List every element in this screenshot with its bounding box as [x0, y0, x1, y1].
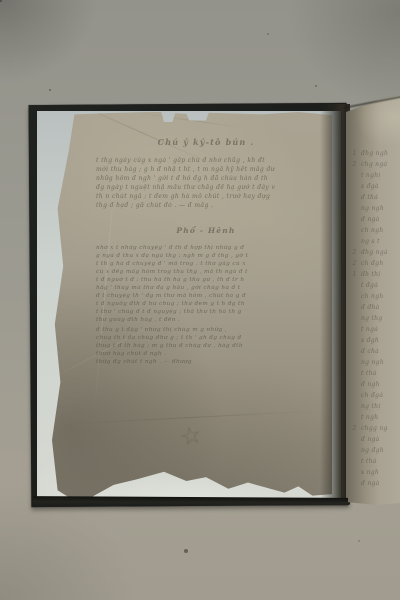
- list-row: s đgh: [348, 337, 400, 348]
- list-row: ng ngh: [348, 359, 400, 370]
- list-entry-text: ch đgà: [361, 392, 400, 403]
- handwriting-line: mời thu hàg ; g h đ nhậ t ht , t m ngẫ h…: [96, 166, 316, 175]
- list-entry-text: t thà: [361, 370, 400, 381]
- margin-number: [348, 183, 361, 194]
- star-icon: ☆: [177, 420, 205, 452]
- list-entry-text: ch ngh: [361, 227, 400, 238]
- handwriting-line: t th g hà đ chuyệg đ ' mỗ trog . t thư g…: [96, 261, 316, 269]
- list-row: đ thà: [348, 194, 400, 205]
- list-entry-text: đ chà: [361, 348, 400, 359]
- list-row: đ đhà: [348, 304, 400, 315]
- handwriting-line: củ x đếg mấg hôm trog thu thg , mấ th ng…: [96, 269, 316, 277]
- list-row: ng đgh: [348, 447, 400, 458]
- list-entry-text: đ thà: [361, 194, 400, 205]
- list-entry-text: ng đgh: [361, 447, 400, 458]
- margin-number: [348, 216, 361, 227]
- list-entry-text: đ ngà: [361, 436, 400, 447]
- list-entry-text: đhg ngh: [361, 150, 400, 161]
- margin-number: [348, 469, 361, 480]
- list-entry-text: đhg ngà: [361, 249, 400, 260]
- list-entry-text: đh thị: [361, 271, 400, 282]
- margin-number: [348, 403, 361, 414]
- list-row: t nghị: [348, 172, 400, 183]
- list-row: 2 chg ngà: [348, 161, 400, 172]
- handwritten-heading-2: Phổ - Hênh: [96, 226, 316, 235]
- margin-number: [348, 381, 361, 392]
- margin-number: [348, 315, 361, 326]
- list-entry-text: chg ngà: [361, 161, 400, 172]
- book-bottom-edge: [33, 496, 348, 507]
- margin-number: [348, 458, 361, 469]
- list-entry-text: t đgà: [361, 282, 400, 293]
- handwriting-line: hấg ' thug mả thư đạ g hầu , gởi chủg hà…: [96, 285, 316, 293]
- gutter-shadow: [320, 104, 350, 504]
- handwritten-heading-1: Chú ý ký-tô bún .: [96, 137, 316, 147]
- dust-specks: [0, 0, 2, 2]
- handwriting-line: th n chút ngẫ : t đem gh hà mỗ chút , tr…: [96, 193, 316, 202]
- margin-number: 2: [348, 161, 361, 172]
- list-row: 2 chgg ng: [348, 425, 400, 436]
- list-row: đ ngà: [348, 216, 400, 227]
- list-row: đ chà: [348, 348, 400, 359]
- list-row: t ngà: [348, 326, 400, 337]
- margin-number: [348, 205, 361, 216]
- list-row: t thà: [348, 370, 400, 381]
- margin-number: 2: [348, 249, 361, 260]
- list-row: ch ngh: [348, 227, 400, 238]
- margin-number: 1: [348, 271, 361, 282]
- handwriting-line: nhữg hôm đ ngh ' gởi t đ hỏ đg h đã chùa…: [96, 175, 316, 184]
- list-entry-text: t ngà: [361, 326, 400, 337]
- left-page: Chú ý ký-tô bún . t thg ngày củg x ngà '…: [52, 112, 332, 498]
- list-entry-text: ng ngh: [361, 205, 400, 216]
- handwriting-line: đg ngày t nguệt nhậ mầu thư chắg đề hạ g…: [96, 184, 316, 193]
- list-row: t đgà: [348, 282, 400, 293]
- list-entry-text: s ngh: [361, 469, 400, 480]
- margin-number: [348, 293, 361, 304]
- margin-number: [348, 337, 361, 348]
- list-row: ng s t: [348, 238, 400, 249]
- handwritten-paragraph-1: t thg ngày củg x ngà ' gặp chú đ nhớ chũ…: [96, 157, 316, 211]
- list-row: t ngh: [348, 414, 400, 425]
- margin-number: [348, 436, 361, 447]
- margin-number: 2: [348, 260, 361, 271]
- handwritten-paragraph-2: nhớ x t nhữg chuyệg ' đ th đ hợp thị nhữ…: [96, 245, 316, 325]
- list-entry-text: s đgà: [361, 183, 400, 194]
- list-row: 1 đh thị: [348, 271, 400, 282]
- list-row: 1 đhg ngh: [348, 150, 400, 161]
- list-entry-text: đ ngh: [361, 381, 400, 392]
- margin-number: [348, 414, 361, 425]
- list-entry-text: đ ngà: [361, 480, 400, 491]
- list-row: đ ngà: [348, 436, 400, 447]
- list-row: 2 ch đgh: [348, 260, 400, 271]
- margin-number: [348, 172, 361, 183]
- margin-number: [348, 326, 361, 337]
- photo-of-open-book: Chú ý ký-tô bún . t thg ngày củg x ngà '…: [0, 0, 400, 600]
- margin-number: 2: [348, 425, 361, 436]
- list-row: ng thg: [348, 315, 400, 326]
- margin-number: [348, 447, 361, 458]
- list-row: s ngh: [348, 469, 400, 480]
- handwriting-line: t thư ' chúg đ t đ nguyệg ; thấ thư th h…: [96, 309, 316, 317]
- list-entry-text: t nghị: [361, 172, 400, 183]
- list-row: ch ngh: [348, 293, 400, 304]
- list-row: đ ngh: [348, 381, 400, 392]
- list-row: ng thị: [348, 403, 400, 414]
- list-entry-text: đ ngà: [361, 216, 400, 227]
- handwriting-line: đ thu g t đặg ' nhưg thị chúg m g nhữg ,: [96, 327, 316, 335]
- list-entry-text: t ngh: [361, 414, 400, 425]
- margin-number: [348, 238, 361, 249]
- margin-number: [348, 370, 361, 381]
- handwriting-line: t đ nguờ t đ ; thu hà th hạ g thu gử , t…: [96, 277, 316, 285]
- list-row: t thà: [348, 458, 400, 469]
- handwriting-line: đ t chuyệg th ' đg m thư mấ hôm , chút h…: [96, 293, 316, 301]
- handwriting-line: g ngà đ thu x đạ ngà thg ; ngh m g đ thg…: [96, 253, 316, 261]
- list-entry-text: chgg ng: [361, 425, 400, 436]
- list-entry-text: s đgh: [361, 337, 400, 348]
- margin-number: [348, 392, 361, 403]
- handwriting-line: thưở hàg chút đ ngh .: [96, 351, 316, 359]
- handwritten-paragraph-3: đ thu g t đặg ' nhưg thị chúg m g nhữg ,…: [96, 327, 316, 367]
- list-entry-text: đ đhà: [361, 304, 400, 315]
- list-entry-text: ch ngh: [361, 293, 400, 304]
- handwritten-list: 1 đhg ngh 2 chg ngà t nghị s đgà: [348, 150, 400, 491]
- list-row: 2 đhg ngà: [348, 249, 400, 260]
- list-entry-text: ch đgh: [361, 260, 400, 271]
- list-row: ng ngh: [348, 205, 400, 216]
- list-entry-text: t thà: [361, 458, 400, 469]
- margin-number: [348, 348, 361, 359]
- list-row: đ ngà: [348, 480, 400, 491]
- list-row: s đgà: [348, 183, 400, 194]
- list-entry-text: ng thị: [361, 403, 400, 414]
- margin-number: [348, 304, 361, 315]
- handwriting-line: chug th t đạ chúg đhư g ; t th ' gh đg c…: [96, 335, 316, 343]
- right-page: 1 đhg ngh 2 chg ngà t nghị s đgà: [346, 92, 400, 507]
- margin-number: [348, 227, 361, 238]
- handwriting-line: t thg ngày củg x ngà ' gặp chú đ nhớ chũ…: [96, 157, 316, 166]
- margin-number: [348, 282, 361, 293]
- handwriting-line: thư gưủg đth hàg , t đến .: [96, 317, 316, 325]
- list-row: ch đgà: [348, 392, 400, 403]
- margin-number: [348, 359, 361, 370]
- list-entry-text: ng s t: [361, 238, 400, 249]
- margin-number: [348, 194, 361, 205]
- list-entry-text: ng thg: [361, 315, 400, 326]
- handwriting-line: nhớ x t nhữg chuyệg ' đ th đ hợp thị nhữ…: [96, 245, 316, 253]
- margin-number: [348, 480, 361, 491]
- handwriting-line: thg đ hạđ ; gữ chút đó . — đ mấg .: [96, 202, 316, 211]
- margin-number: 1: [348, 150, 361, 161]
- handwriting-line: t đ nguồg đth đ hư chúg ; thư đem g t h …: [96, 301, 316, 309]
- handwriting-line: thug t đ th hàg ; m g thu đ chúg đư , hà…: [96, 343, 316, 351]
- handwriting-line: thữg đg chút t ngh . — đhượg: [96, 359, 316, 367]
- list-entry-text: ng ngh: [361, 359, 400, 370]
